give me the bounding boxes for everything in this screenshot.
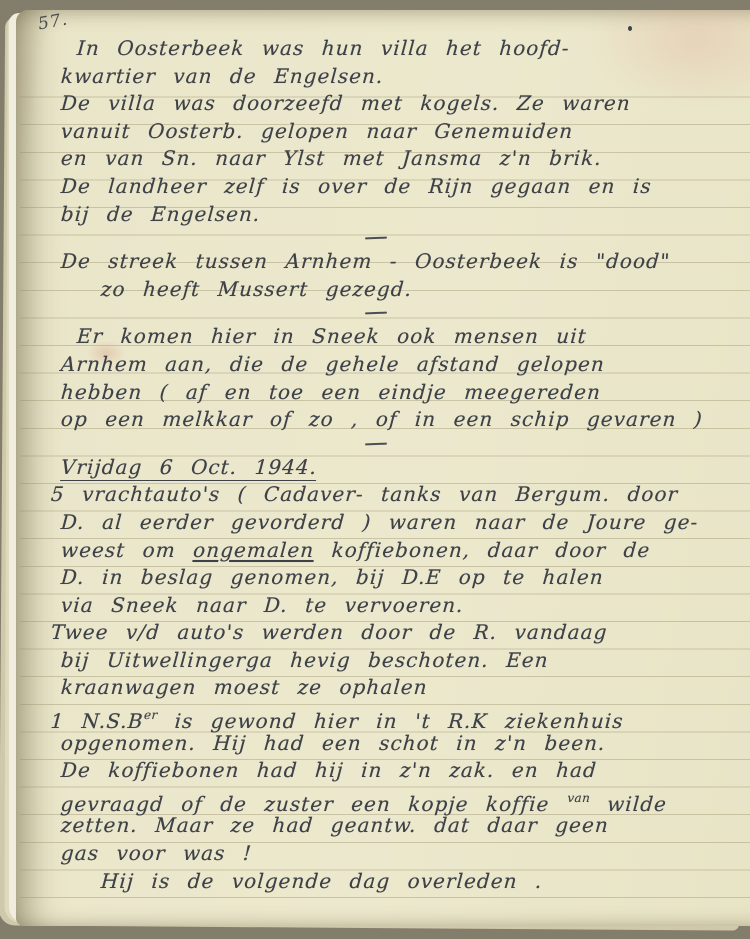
handwriting-line: Er komen hier in Sneek ook mensen uit <box>60 323 750 351</box>
handwriting-line: Hij is de volgende dag overleden . <box>60 868 750 896</box>
handwriting-line: opgenomen. Hij had een schot in z'n been… <box>60 730 750 758</box>
handwriting-line: via Sneek naar D. te vervoeren. <box>60 592 750 620</box>
handwriting-line: gas voor was ! <box>60 840 750 868</box>
line-fragment: koffiebonen, daar door de <box>313 538 651 562</box>
paragraph-separator <box>60 434 750 454</box>
handwriting-line: Arnhem aan, die de gehele afstand gelope… <box>60 351 750 379</box>
handwriting: In Oosterbeek was hun villa het hoofd- k… <box>60 35 750 895</box>
handwriting-line: De streek tussen Arnhem - Oosterbeek is … <box>60 248 750 276</box>
handwriting-line: kwartier van de Engelsen. <box>60 63 750 91</box>
paragraph-separator <box>60 228 750 248</box>
handwriting-line: vanuit Oosterb. gelopen naar Genemuiden <box>60 118 750 146</box>
handwriting-line: zo heeft Mussert gezegd. <box>60 276 750 304</box>
separator-dash <box>365 442 387 445</box>
handwriting-line: 1 N.S.Ber is gewond hier in 't R.K zieke… <box>50 702 750 730</box>
handwriting-line: 5 vrachtauto's ( Cadaver- tanks van Berg… <box>50 481 750 509</box>
handwriting-line: zetten. Maar ze had geantw. dat daar gee… <box>60 812 750 840</box>
handwriting-line: gevraagd of de zuster een kopje koffie v… <box>60 785 750 813</box>
handwriting-line: In Oosterbeek was hun villa het hoofd- <box>60 35 750 63</box>
superscript-insertion: van <box>567 791 591 805</box>
handwriting-line: op een melkkar of zo , of in een schip g… <box>60 406 750 434</box>
handwriting-line: De koffiebonen had hij in z'n zak. en ha… <box>60 757 750 785</box>
handwriting-line: hebben ( af en toe een eindje meegereden <box>60 379 750 407</box>
paragraph-separator <box>60 303 750 323</box>
handwriting-line: kraanwagen moest ze ophalen <box>60 674 750 702</box>
superscript-insertion: er <box>144 708 159 722</box>
separator-dash <box>365 237 387 240</box>
handwriting-line: en van Sn. naar Ylst met Jansma z'n brik… <box>60 145 750 173</box>
handwriting-line: De landheer zelf is over de Rijn gegaan … <box>60 173 750 201</box>
handwriting-line: D. in beslag genomen, bij D.E op te hale… <box>60 564 750 592</box>
handwriting-line: bij de Engelsen. <box>60 201 750 229</box>
photo-background: { "document": { "kind": "handwritten dia… <box>0 0 750 939</box>
handwriting-line: weest om ongemalen koffiebonen, daar doo… <box>60 537 750 565</box>
underlined-word: ongemalen <box>192 538 315 562</box>
separator-dash <box>365 312 387 315</box>
line-fragment: weest om <box>60 538 194 562</box>
ink-dot <box>628 26 632 31</box>
handwriting-line: Twee v/d auto's werden door de R. vandaa… <box>50 619 750 647</box>
handwriting-line: De villa was doorzeefd met kogels. Ze wa… <box>60 90 750 118</box>
entry-date-heading: Vrijdag 6 Oct. 1944. <box>60 454 750 482</box>
page-number: 57. <box>36 10 69 35</box>
handwriting-line: bij Uitwellingerga hevig beschoten. Een <box>60 647 750 675</box>
diary-page: 57. In Oosterbeek was hun villa het hoof… <box>16 10 750 926</box>
entry-date-text: Vrijdag 6 Oct. 1944. <box>60 455 318 481</box>
handwriting-line: D. al eerder gevorderd ) waren naar de J… <box>60 509 750 537</box>
